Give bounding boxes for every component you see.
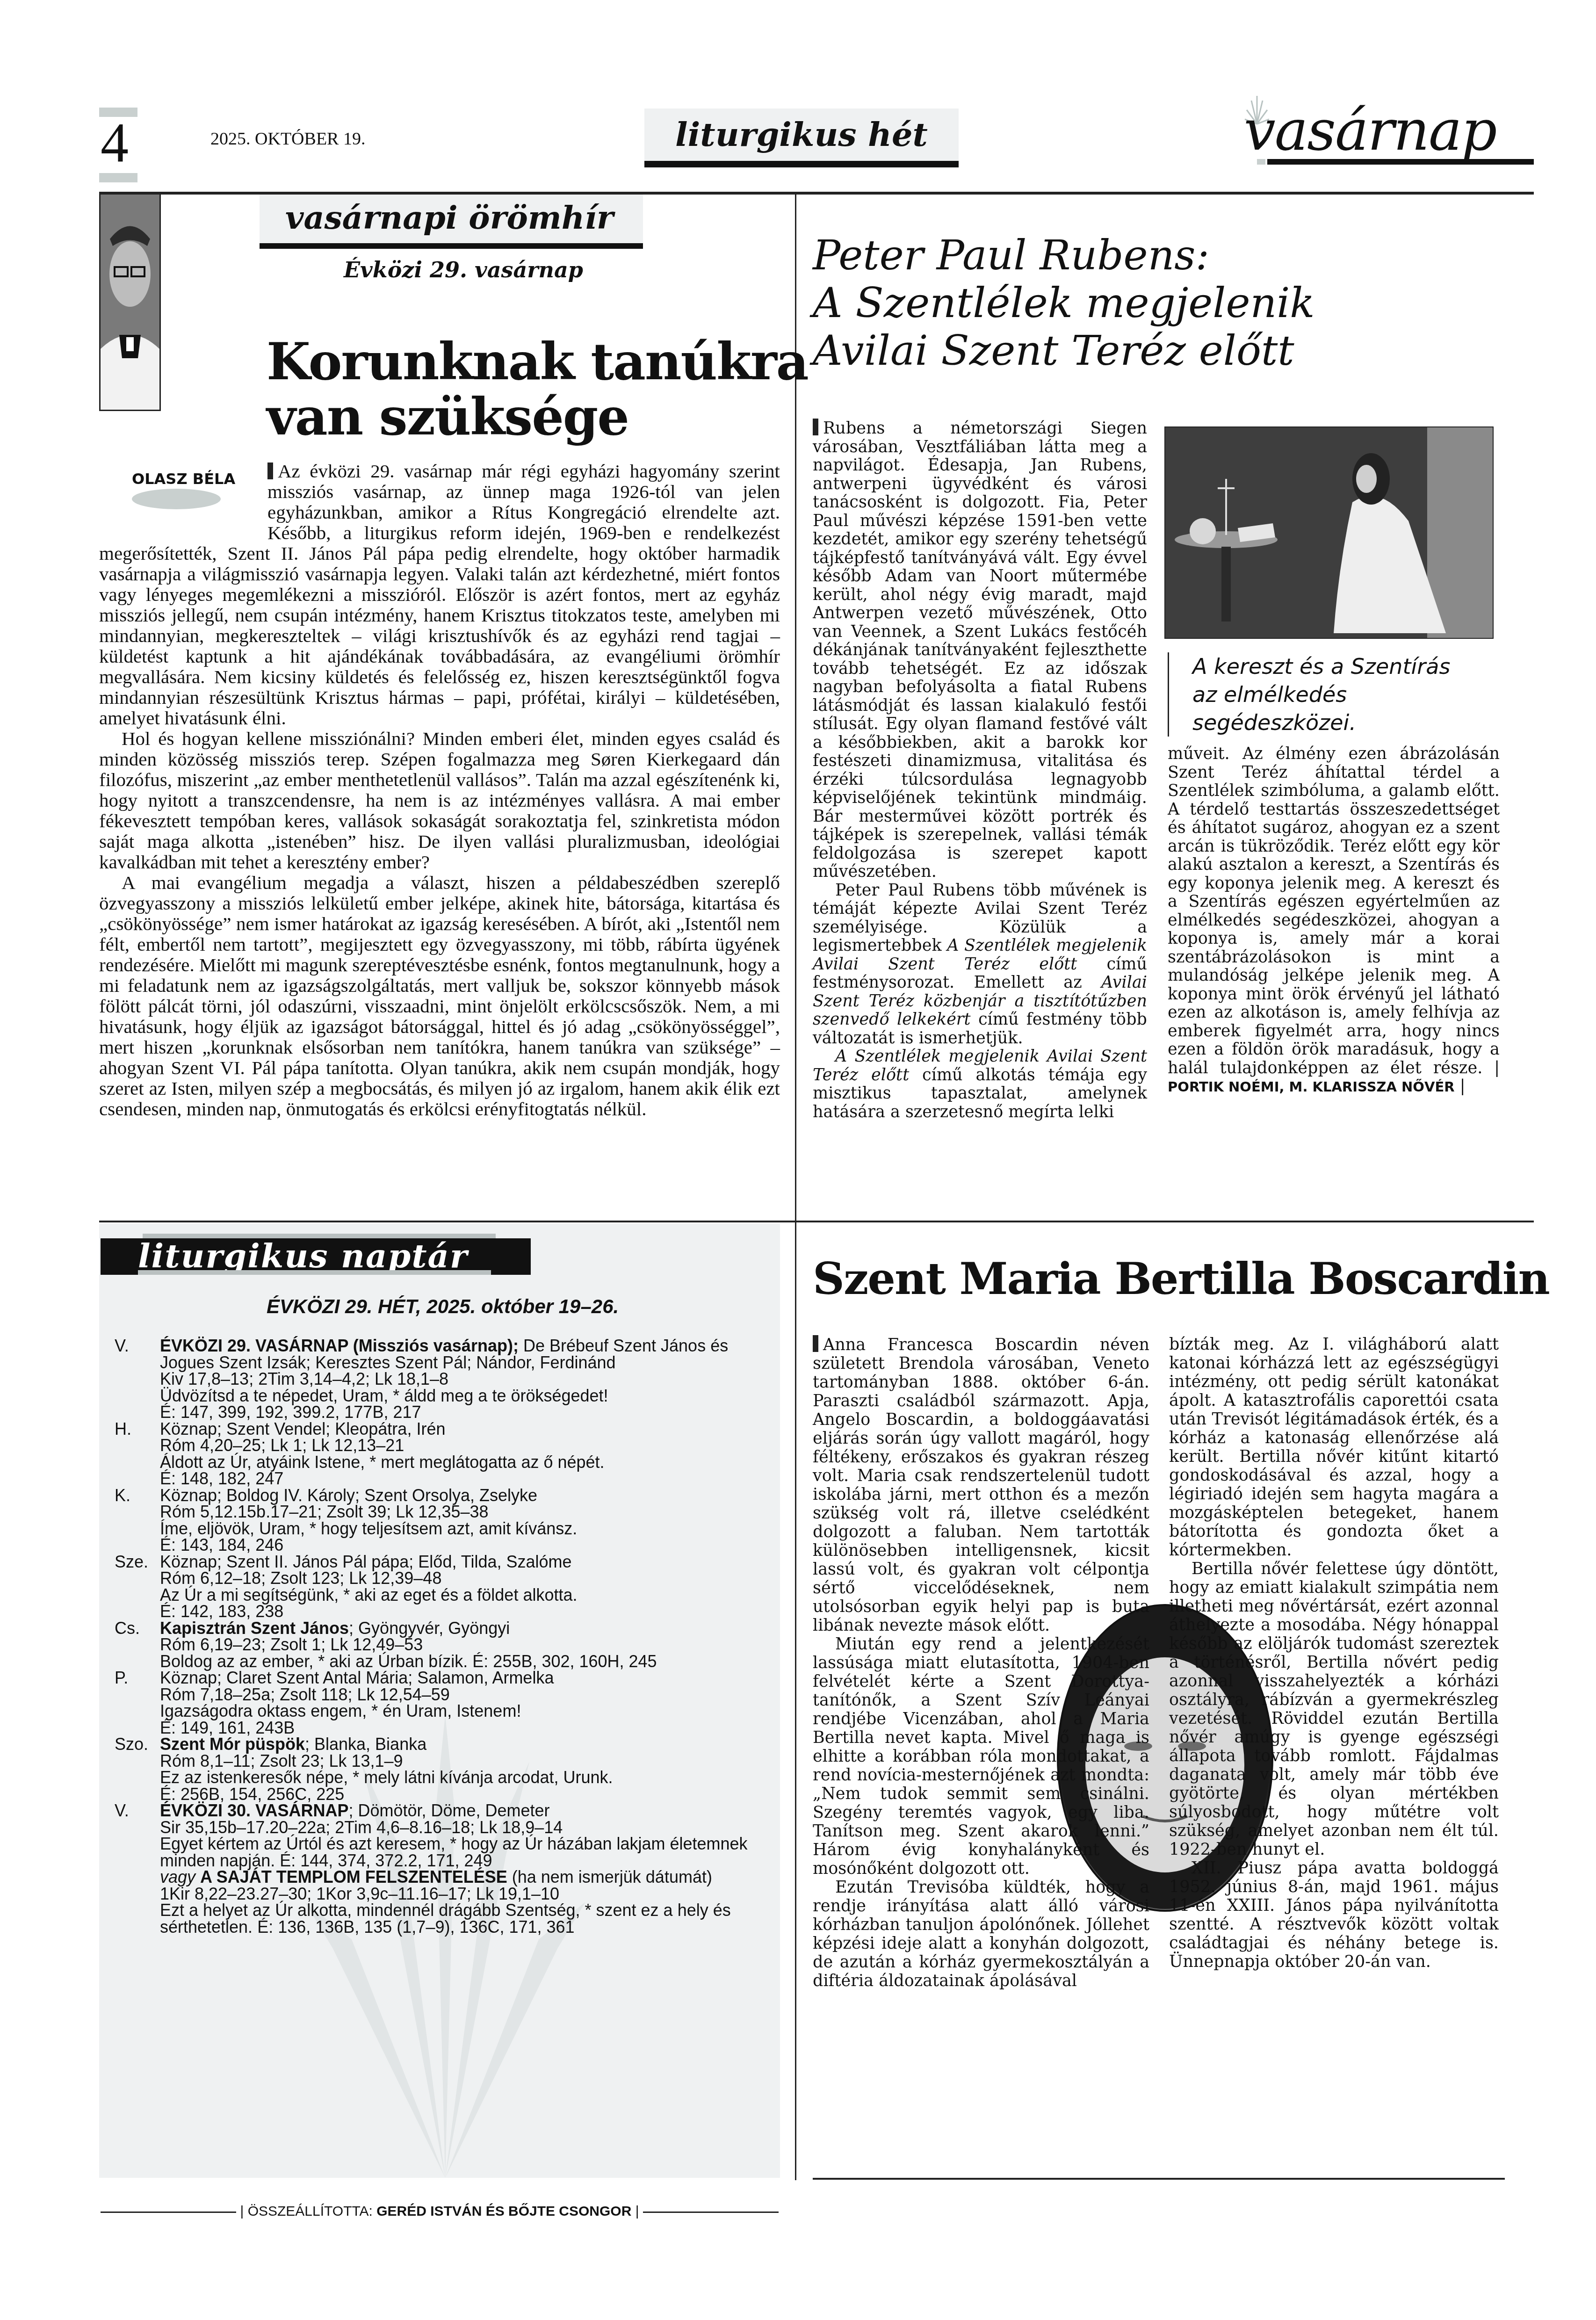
page-number: 4 [101,115,129,171]
pull-quote: A kereszt és a Szentírás az elmélkedés s… [1168,652,1473,737]
article-subtitle: Évközi 29. vasárnap [344,257,583,282]
calendar-title-accent [138,1270,491,1275]
priest-portrait-icon [101,195,159,410]
calendar-list: V.ÉVKÖZI 29. VASÁRNAP (Missziós vasárnap… [115,1337,774,1935]
section-label: liturgikus hét [644,108,959,167]
calendar-credit: | ÖSSZEÁLLÍTOTTA: GERÉD ISTVÁN ÉS BŐJTE … [99,2204,780,2219]
paragraph: Bertilla nővér felettese úgy döntött, ho… [1169,1560,1499,1859]
section-rule [99,1221,1534,1222]
paragraph: A Szentlélek megjelenik Avilai Szent Ter… [813,1048,1147,1121]
issue-date: 2025. OKTÓBER 19. [210,129,365,149]
calendar-day: V.ÉVKÖZI 29. VASÁRNAP (Missziós vasárnap… [115,1337,774,1421]
page-number-bar-bottom [99,173,137,182]
rubens-column-1: Rubens a németországi Siegen városában, … [813,419,1147,1121]
rubens-painting-image [1164,426,1494,639]
credit-rule [101,2212,236,2213]
kicker-banner: vasárnapi örömhír [260,195,643,249]
paragraph: Hol és hogyan kellene missziónálni? Mind… [99,728,780,872]
calendar-subtitle: ÉVKÖZI 29. HÉT, 2025. október 19–26. [267,1295,619,1318]
calendar-day: P.Köznap; Claret Szent Antal Mária; Sala… [115,1670,774,1736]
calendar-day: Cs.Kapisztrán Szent János; Gyöngyvér, Gy… [115,1620,774,1670]
paragraph: Ezután Trevisóba küldték, hogy a rendje … [813,1878,1149,1990]
float-spacer [99,461,267,524]
paragraph: Peter Paul Rubens több művének is témájá… [813,882,1147,1048]
paragraph: bízták meg. Az I. világháború alatt kato… [1169,1335,1499,1560]
newspaper-logo: vasárnap [1244,98,1496,164]
rubens-title: Peter Paul Rubens: A Szentlélek megjelen… [813,231,1315,375]
logo-rule [1267,159,1534,165]
rubens-column-2: műveit. Az élmény ezen ábrázolásán Szent… [1168,745,1500,1097]
paragraph: XII. Piusz pápa avatta boldoggá 1952. jú… [1169,1859,1499,1971]
calendar-day: Sze.Köznap; Szent II. János Pál pápa; El… [115,1554,774,1620]
author-portrait [99,195,161,411]
paragraph: Anna Francesca Boscardin néven született… [813,1335,1149,1635]
calendar-day: K.Köznap; Boldog IV. Károly; Szent Orsol… [115,1487,774,1554]
paragraph-marker [813,419,818,435]
painting-icon [1165,427,1493,638]
credit-rule [643,2212,779,2213]
paragraph: Rubens a németországi Siegen városában, … [813,419,1147,882]
paragraph: műveit. Az élmény ezen ábrázolásán Szent… [1168,745,1500,1097]
article-body: Az évközi 29. vasárnap már régi egyházi … [99,461,780,1119]
article-headline: Korunknak tanúkra van szüksége [267,334,808,445]
calendar-day: H.Köznap; Szent Vendel; Kleopátra, IrénR… [115,1421,774,1487]
column-divider-bottom [795,1221,796,2180]
bertilla-title: Szent Maria Bertilla Boscardin [813,1253,1549,1305]
calendar-day: V.ÉVKÖZI 30. VASÁRNAP; Dömötör, Döme, De… [115,1802,774,1935]
paragraph: A mai evangélium megadja a választ, hisz… [99,872,780,1119]
author-credit: PORTIK NOÉMI, M. KLARISSZA NŐVÉR [1168,1079,1455,1095]
paragraph-marker [813,1335,818,1352]
paragraph-marker [267,463,273,479]
logo-rule-accent [1257,159,1265,165]
calendar-day: Szo.Szent Mór püspök; Blanka, BiankaRóm … [115,1736,774,1802]
calendar-title: liturgikus naptár [101,1238,531,1275]
bertilla-column-2: bízták meg. Az I. világháború alatt kato… [1169,1335,1499,1971]
footer-rule [813,2178,1505,2180]
paragraph: Miután egy rend a jelentkezését lassúság… [813,1635,1149,1878]
bertilla-column-1: Anna Francesca Boscardin néven született… [813,1335,1149,1990]
